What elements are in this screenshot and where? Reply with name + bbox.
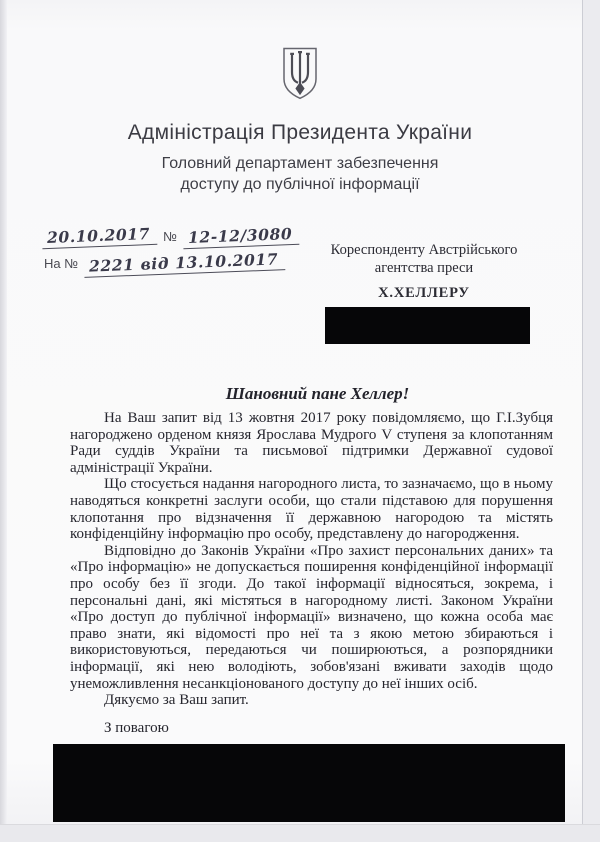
scan-edge-bottom bbox=[0, 824, 600, 842]
reference-block: 20.10.2017 № 12-12/3080 На № 2221 від 13… bbox=[42, 226, 292, 280]
letter-paragraph-3: Відповідно до Законів України «Про захис… bbox=[70, 543, 553, 692]
letter-paragraph-4: Дякуємо за Ваш запит. bbox=[70, 692, 553, 709]
organization-subtitle-line1: Головний департамент забезпечення bbox=[0, 153, 600, 174]
letter-paragraph-2: Що стосується надання нагородного листа,… bbox=[70, 476, 553, 542]
recipient-line1: Кореспонденту Австрійського bbox=[330, 241, 518, 259]
incoming-reference-label: На № bbox=[44, 256, 78, 271]
outgoing-number-handwritten: 12-12/3080 bbox=[183, 224, 300, 249]
incoming-reference-row: На № 2221 від 13.10.2017 bbox=[42, 253, 292, 280]
number-label: № bbox=[163, 229, 177, 244]
recipient-line2: агентства преси bbox=[330, 259, 518, 277]
organization-subtitle: Головний департамент забезпечення доступ… bbox=[0, 153, 600, 195]
recipient-block: Кореспонденту Австрійського агентства пр… bbox=[330, 241, 518, 302]
letter-closing: З повагою bbox=[70, 720, 553, 737]
letter-body: На Ваш запит від 13 жовтня 2017 року пов… bbox=[70, 410, 553, 736]
ukraine-trident-emblem-icon bbox=[281, 45, 319, 102]
recipient-name: Х.ХЕЛЛЕРУ bbox=[330, 284, 518, 302]
organization-subtitle-line2: доступу до публічної інформації bbox=[0, 174, 600, 195]
scanned-letter-page: Адміністрація Президента України Головни… bbox=[0, 0, 600, 842]
outgoing-date-handwritten: 20.10.2017 bbox=[42, 224, 158, 249]
incoming-reference-handwritten: 2221 від 13.10.2017 bbox=[84, 249, 286, 278]
letter-paragraph-1: На Ваш запит від 13 жовтня 2017 року пов… bbox=[70, 410, 553, 476]
redaction-signature-block bbox=[53, 744, 565, 822]
organization-title: Адміністрація Президента України bbox=[0, 121, 600, 145]
redaction-recipient-address bbox=[325, 307, 530, 344]
salutation: Шановний пане Хеллер! bbox=[70, 384, 553, 404]
outgoing-reference-row: 20.10.2017 № 12-12/3080 bbox=[42, 226, 292, 253]
